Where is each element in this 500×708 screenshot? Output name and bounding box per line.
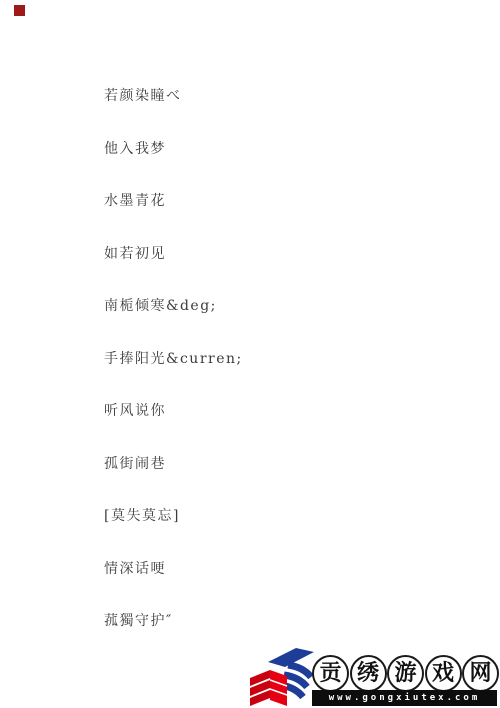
- list-item: 手捧阳光&curren;: [104, 352, 243, 367]
- brand-name-circles: 贡绣游戏网: [312, 654, 499, 692]
- list-item: 孤街闹巷: [104, 457, 166, 472]
- list-item: 菰獨守护″: [104, 614, 173, 629]
- list-item: 情深话哽: [104, 562, 166, 577]
- brand-character-circle: 游: [387, 655, 424, 692]
- site-url-bar: www.gongxiutex.com: [312, 690, 497, 706]
- list-item: 南栀倾寒&deg;: [104, 299, 217, 314]
- brand-character-circle: 贡: [312, 655, 349, 692]
- list-item: 听风说你: [104, 404, 166, 419]
- nickname-list: 若颜染瞳べ他入我梦水墨青花如若初见南栀倾寒&deg;手捧阳光&curren;听风…: [0, 0, 500, 708]
- brand-character-circle: 绣: [350, 655, 387, 692]
- list-item: 若颜染瞳べ: [104, 89, 182, 104]
- site-url-text: www.gongxiutex.com: [329, 693, 481, 703]
- brand-character-circle: 网: [462, 655, 499, 692]
- brand-character-circle: 戏: [425, 655, 462, 692]
- document-page: 若颜染瞳べ他入我梦水墨青花如若初见南栀倾寒&deg;手捧阳光&curren;听风…: [0, 0, 500, 708]
- list-item: 如若初见: [104, 247, 166, 262]
- list-item: [莫失莫忘]: [104, 509, 180, 524]
- list-item: 他入我梦: [104, 142, 166, 157]
- list-item: 水墨青花: [104, 194, 166, 209]
- site-watermark-logo: 贡绣游戏网 www.gongxiutex.com: [248, 640, 500, 708]
- buildings-logo-icon: [250, 644, 318, 708]
